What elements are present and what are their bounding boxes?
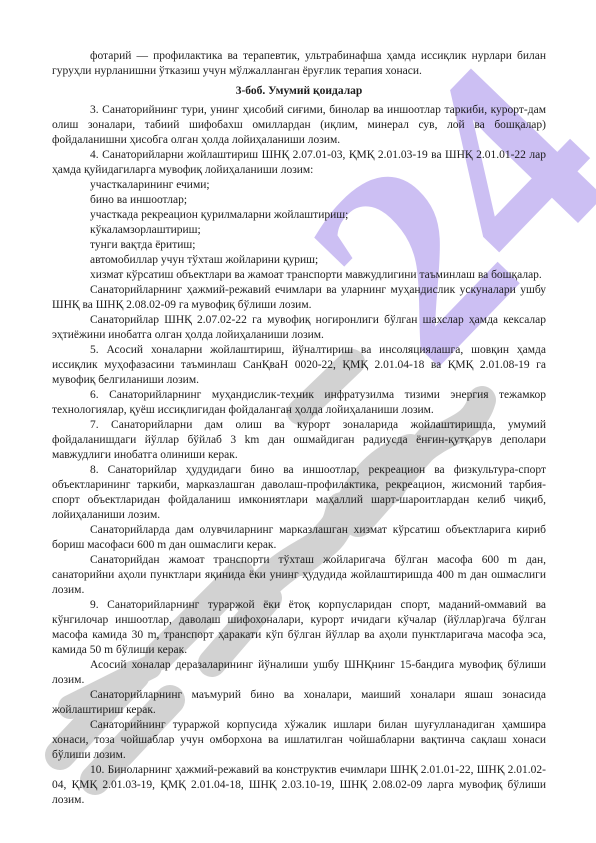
paragraph: Санаторийларда дам олувчиларнинг марказл… <box>52 523 546 553</box>
list-item: бино ва иншоотлар; <box>52 193 546 208</box>
paragraph: 5. Асосий хоналарни жойлаштириш, йўналти… <box>52 343 546 388</box>
list-item: хизмат кўрсатиш объектлари ва жамоат тра… <box>52 268 546 283</box>
paragraph: 4. Санаторийларни жойлаштириш ШНҚ 2.07.0… <box>52 148 546 178</box>
paragraph: Асосий хоналар деразаларининг йўналиши у… <box>52 658 546 688</box>
paragraph: Санаторийларнинг маъмурий бино ва хонала… <box>52 688 546 718</box>
list-item: автомобиллар учун тўхташ жойларини қуриш… <box>52 253 546 268</box>
paragraph: Санаторийдан жамоат транспорти тўхташ жо… <box>52 553 546 598</box>
paragraph: 10. Биноларнинг ҳажмий-режавий ва констр… <box>52 763 546 808</box>
paragraph: 3. Санаторийнинг тури, унинг ҳисобий сиғ… <box>52 103 546 148</box>
paragraph: Санаторийнинг тураржой корпусида хўжалик… <box>52 718 546 763</box>
intro-paragraph: фотарий — профилактика ва терапевтик, ул… <box>52 49 546 79</box>
document-page: 24 фотарий — профилактика ва терапевтик,… <box>0 0 596 843</box>
list-item: тунги вақтда ёритиш; <box>52 238 546 253</box>
list-item: участкаларининг ечими; <box>52 178 546 193</box>
paragraph: 7. Санаторийларни дам олиш ва курорт зон… <box>52 418 546 463</box>
paragraph: Санаторийлар ШНҚ 2.07.02-22 га мувофиқ н… <box>52 313 546 343</box>
paragraph: Санаторийларнинг ҳажмий-режавий ечимлари… <box>52 283 546 313</box>
chapter-heading: 3-боб. Умумий қоидалар <box>52 84 546 99</box>
list-item: кўкаламзорлаштириш; <box>52 223 546 238</box>
paragraph: 6. Санаторийларнинг муҳандислик-техник и… <box>52 388 546 418</box>
paragraph: 9. Санаторийларнинг тураржой ёки ётоқ ко… <box>52 598 546 658</box>
list-item: участкада рекреацион қурилмаларни жойлаш… <box>52 208 546 223</box>
paragraph: 8. Санаторийлар ҳудудидаги бино ва иншоо… <box>52 463 546 523</box>
document-body: фотарий — профилактика ва терапевтик, ул… <box>52 49 546 808</box>
